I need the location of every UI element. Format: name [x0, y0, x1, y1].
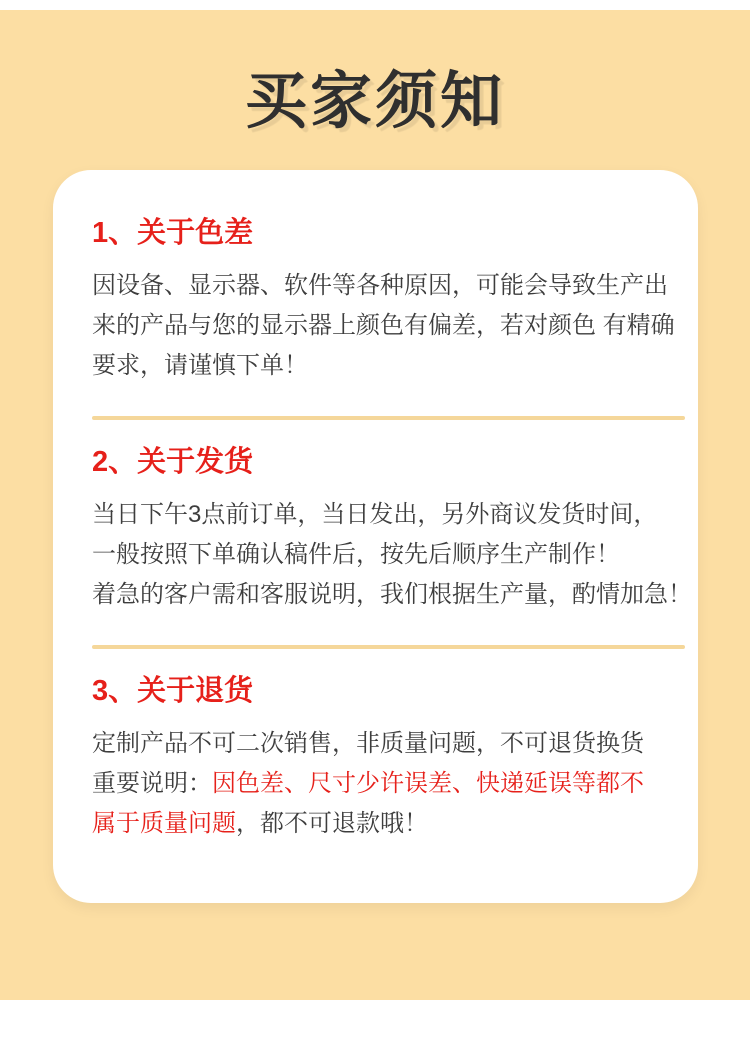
notice-card: 1、关于色差 因设备、显示器、软件等各种原因，可能会导致生产出 来的产品与您的显…: [53, 170, 698, 903]
line-text: 着急的客户需和客服说明，我们根据生产量，酌情加急！: [92, 581, 692, 608]
buyer-notice-page: 买家须知 1、关于色差 因设备、显示器、软件等各种原因，可能会导致生产出 来的产…: [0, 0, 750, 1055]
line-text: 一般按照下单确认稿件后，按先后顺序生产制作！: [92, 541, 620, 568]
notice-line: 属于质量问题，都不可退款哦！: [92, 804, 682, 844]
notice-line: 定制产品不可二次销售，非质量问题，不可退货换货: [92, 724, 682, 764]
section-divider: [92, 645, 685, 649]
line-text-highlight: 因色差、尺寸少许误差、快递延误等都不: [212, 770, 644, 797]
section-3-heading: 3、关于退货: [92, 673, 682, 709]
line-text: ，都不可退款哦！: [236, 810, 428, 837]
notice-line: 一般按照下单确认稿件后，按先后顺序生产制作！: [92, 535, 682, 575]
section-2-heading: 2、关于发货: [92, 444, 682, 480]
notice-line: 因设备、显示器、软件等各种原因，可能会导致生产出: [92, 266, 682, 306]
line-text: 来的产品与您的显示器上颜色有偏差，若对颜色 有精确: [92, 312, 675, 339]
line-text: 要求，请谨慎下单！: [92, 352, 308, 379]
section-3-body: 定制产品不可二次销售，非质量问题，不可退货换货 重要说明：因色差、尺寸少许误差、…: [92, 724, 682, 844]
section-returns: 3、关于退货 定制产品不可二次销售，非质量问题，不可退货换货 重要说明：因色差、…: [92, 673, 682, 844]
section-divider: [92, 416, 685, 420]
line-text-highlight: 属于质量问题: [92, 810, 236, 837]
notice-line: 重要说明：因色差、尺寸少许误差、快递延误等都不: [92, 764, 682, 804]
line-text: 当日下午3点前订单，当日发出，另外商议发货时间，: [92, 501, 657, 528]
notice-banner: 买家须知 1、关于色差 因设备、显示器、软件等各种原因，可能会导致生产出 来的产…: [0, 10, 750, 1000]
section-shipping: 2、关于发货 当日下午3点前订单，当日发出，另外商议发货时间， 一般按照下单确认…: [92, 444, 682, 615]
section-1-body: 因设备、显示器、软件等各种原因，可能会导致生产出 来的产品与您的显示器上颜色有偏…: [92, 266, 682, 386]
line-text: 重要说明：: [92, 770, 212, 797]
section-2-body: 当日下午3点前订单，当日发出，另外商议发货时间， 一般按照下单确认稿件后，按先后…: [92, 495, 682, 615]
section-1-heading: 1、关于色差: [92, 215, 682, 251]
page-title: 买家须知: [0, 70, 750, 134]
notice-line: 来的产品与您的显示器上颜色有偏差，若对颜色 有精确: [92, 306, 682, 346]
notice-line: 着急的客户需和客服说明，我们根据生产量，酌情加急！: [92, 575, 682, 615]
notice-line: 要求，请谨慎下单！: [92, 346, 682, 386]
line-text: 因设备、显示器、软件等各种原因，可能会导致生产出: [92, 272, 668, 299]
notice-line: 当日下午3点前订单，当日发出，另外商议发货时间，: [92, 495, 682, 535]
line-text: 定制产品不可二次销售，非质量问题，不可退货换货: [92, 730, 644, 757]
section-color-difference: 1、关于色差 因设备、显示器、软件等各种原因，可能会导致生产出 来的产品与您的显…: [92, 215, 682, 386]
